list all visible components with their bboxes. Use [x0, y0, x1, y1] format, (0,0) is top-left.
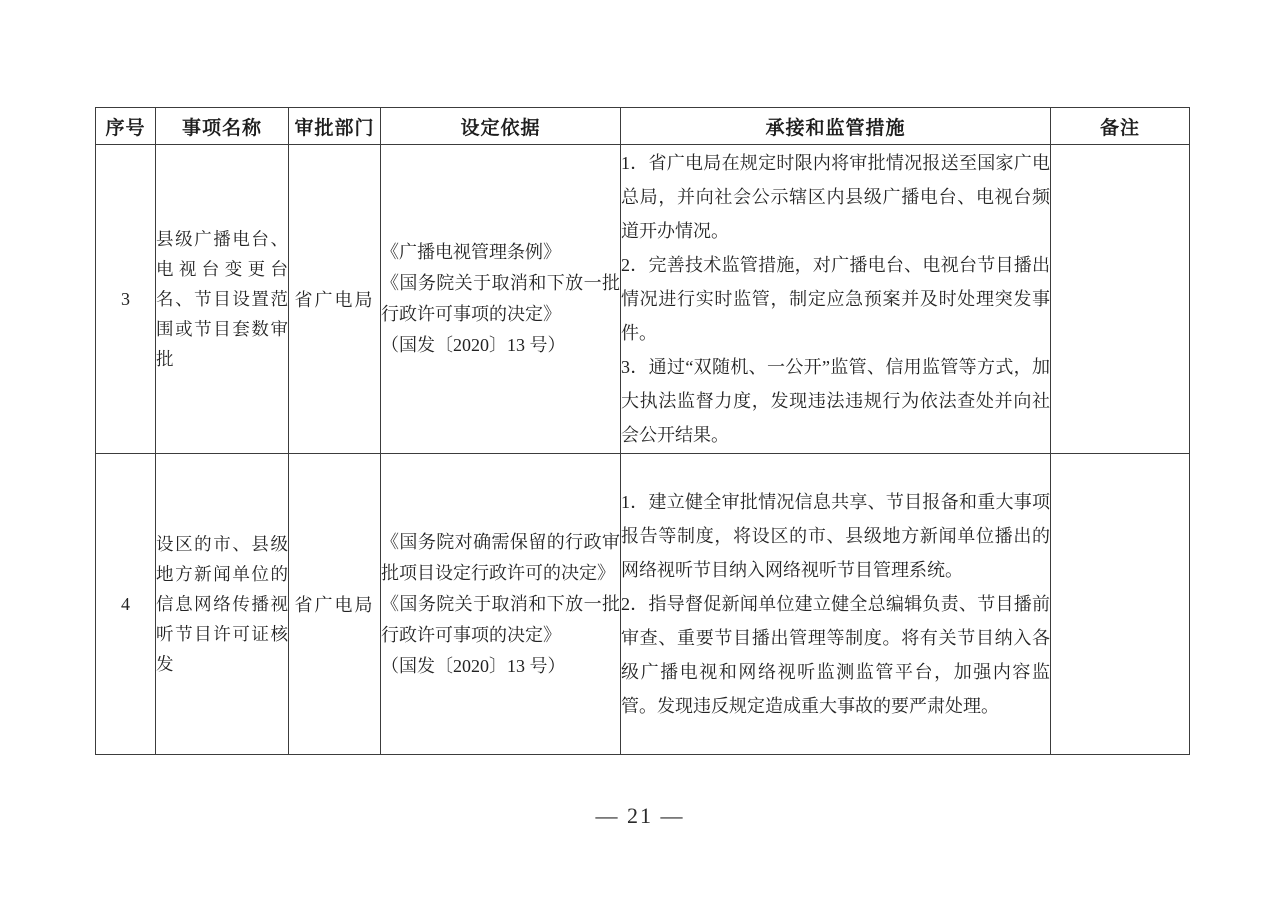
table-row: 4 设区的市、县级地方新闻单位的信息网络传播视听节目许可证核发 省广电局 《国务…: [96, 454, 1190, 755]
item-name-text: 县级广播电台、电视台变更台名、节目设置范围或节目套数审批: [156, 224, 288, 374]
basis-cell: 《广播电视管理条例》 《国务院关于取消和下放一批行政许可事项的决定》 （国发〔2…: [381, 145, 621, 454]
measures-cell: 1．省广电局在规定时限内将审批情况报送至国家广电总局，并向社会公示辖区内县级广播…: [621, 145, 1051, 454]
measure-item: 2．完善技术监管措施，对广播电台、电视台节目播出情况进行实时监管，制定应急预案并…: [621, 248, 1050, 350]
row-index-cell: 4: [96, 454, 156, 755]
row-index-cell: 3: [96, 145, 156, 454]
remark-cell: [1051, 454, 1190, 755]
department-cell: 省广电局: [289, 145, 381, 454]
department-cell: 省广电局: [289, 454, 381, 755]
basis-item: 《国务院关于取消和下放一批行政许可事项的决定》: [381, 589, 620, 651]
approval-items-table: 序号 事项名称 审批部门 设定依据 承接和监管措施 备注 3 县级广播电台、电视…: [95, 107, 1190, 755]
page-number: — 21 —: [0, 803, 1280, 829]
measure-item: 1．省广电局在规定时限内将审批情况报送至国家广电总局，并向社会公示辖区内县级广播…: [621, 146, 1050, 248]
measure-item: 2．指导督促新闻单位建立健全总编辑负责、节目播前审查、重要节目播出管理等制度。将…: [621, 587, 1050, 723]
measures-cell: 1．建立健全审批情况信息共享、节目报备和重大事项报告等制度，将设区的市、县级地方…: [621, 454, 1051, 755]
basis-item: 《广播电视管理条例》: [381, 237, 620, 268]
item-name-text: 设区的市、县级地方新闻单位的信息网络传播视听节目许可证核发: [156, 529, 288, 679]
item-name-cell: 设区的市、县级地方新闻单位的信息网络传播视听节目许可证核发: [156, 454, 289, 755]
basis-item: （国发〔2020〕13 号）: [381, 330, 620, 361]
header-cell-department: 审批部门: [289, 108, 381, 145]
header-cell-index: 序号: [96, 108, 156, 145]
basis-item: （国发〔2020〕13 号）: [381, 651, 620, 682]
basis-cell: 《国务院对确需保留的行政审批项目设定行政许可的决定》 《国务院关于取消和下放一批…: [381, 454, 621, 755]
measure-item: 1．建立健全审批情况信息共享、节目报备和重大事项报告等制度，将设区的市、县级地方…: [621, 485, 1050, 587]
table-header-row: 序号 事项名称 审批部门 设定依据 承接和监管措施 备注: [96, 108, 1190, 145]
remark-cell: [1051, 145, 1190, 454]
basis-item: 《国务院对确需保留的行政审批项目设定行政许可的决定》: [381, 527, 620, 589]
item-name-cell: 县级广播电台、电视台变更台名、节目设置范围或节目套数审批: [156, 145, 289, 454]
table-row: 3 县级广播电台、电视台变更台名、节目设置范围或节目套数审批 省广电局 《广播电…: [96, 145, 1190, 454]
header-cell-remarks: 备注: [1051, 108, 1190, 145]
measure-item: 3．通过“双随机、一公开”监管、信用监管等方式，加大执法监督力度，发现违法违规行…: [621, 350, 1050, 452]
header-cell-basis: 设定依据: [381, 108, 621, 145]
basis-item: 《国务院关于取消和下放一批行政许可事项的决定》: [381, 268, 620, 330]
document-page: 序号 事项名称 审批部门 设定依据 承接和监管措施 备注 3 县级广播电台、电视…: [0, 0, 1280, 905]
header-cell-measures: 承接和监管措施: [621, 108, 1051, 145]
header-cell-item-name: 事项名称: [156, 108, 289, 145]
